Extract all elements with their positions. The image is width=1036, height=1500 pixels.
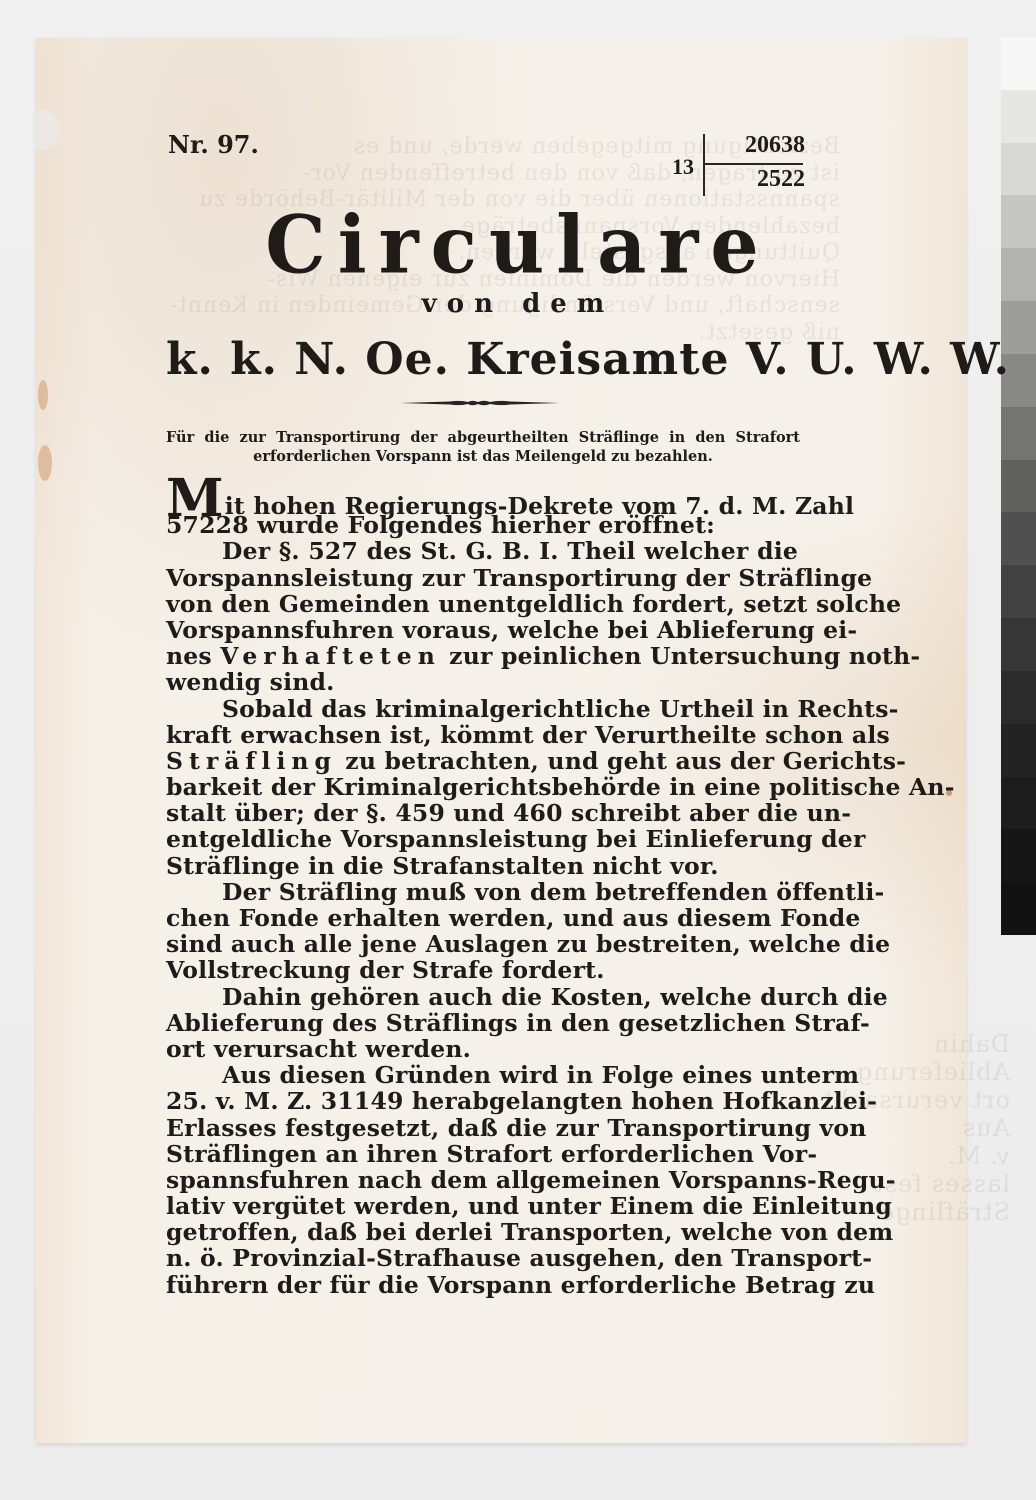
grayscale-step (1001, 90, 1036, 143)
body-line: 57228 wurde Folgendes hierher eröffnet: (166, 512, 798, 538)
body-line: ort verursacht werden. (166, 1036, 798, 1062)
body-line: lativ vergütet werden, und unter Einem d… (166, 1193, 798, 1219)
body-line: spannsfuhren nach dem allgemeinen Vorspa… (166, 1167, 798, 1193)
grayscale-step (1001, 671, 1036, 724)
document-subtitle: von dem (0, 289, 1036, 319)
grayscale-step (1001, 565, 1036, 618)
body-line: Ablieferung des Sträflings in den gesetz… (166, 1010, 798, 1036)
body-text-segment: 25. v. M. Z. 31149 herabgelangten hohen … (166, 1087, 877, 1115)
body-text-segment: zu betrachten, und geht aus der Gerichts… (337, 747, 906, 775)
grayscale-step (1001, 618, 1036, 671)
edge-stain (38, 380, 48, 410)
body-text-segment: Aus diesen Gründen wird in Folge eines u… (222, 1061, 859, 1089)
body-text-segment: Erlasses festgesetzt, daß die zur Transp… (166, 1114, 867, 1142)
reference-volume: 13 (672, 154, 694, 180)
body-line: Dahin gehören auch die Kosten, welche du… (166, 984, 798, 1010)
body-text-segment: Sträflingen an ihren Strafort erforderli… (166, 1140, 817, 1168)
body-text-segment: Vorspannsleistung zur Transportirung der… (166, 564, 872, 592)
body-text-segment: entgeldliche Vorspannsleistung bei Einli… (166, 825, 866, 853)
body-line: barkeit der Kriminalgerichtsbehörde in e… (166, 774, 798, 800)
subject-line: Für die zur Transportirung der abgeurthe… (166, 428, 800, 447)
grayscale-step (1001, 407, 1036, 460)
body-text-segment: Vollstreckung der Strafe fordert. (166, 956, 605, 984)
body-text-segment: kraft erwachsen ist, kömmt der Verurthei… (166, 721, 890, 749)
body-text-segment: Sobald das kriminalgerichtliche Urtheil … (222, 695, 899, 723)
body-line: Erlasses festgesetzt, daß die zur Transp… (166, 1115, 798, 1141)
issuing-office: k. k. N. Oe. Kreisamte V. U. W. W. (166, 334, 796, 385)
grayscale-step (1001, 882, 1036, 935)
reference-number: 13 20638 2522 (670, 132, 810, 194)
body-line: Vollstreckung der Strafe fordert. (166, 957, 798, 983)
body-text-segment: spannsfuhren nach dem allgemeinen Vorspa… (166, 1166, 896, 1194)
body-line: Vorspannsfuhren voraus, welche bei Ablie… (166, 617, 798, 643)
body-text-segment: Sträflinge in die Strafanstalten nicht v… (166, 852, 719, 880)
body-line: Sträfling zu betrachten, und geht aus de… (166, 748, 798, 774)
reference-denominator: 2522 (757, 166, 805, 193)
body-text-segment: n. ö. Provinzial-Strafhause ausgehen, de… (166, 1244, 872, 1272)
body-line: Sträflingen an ihren Strafort erforderli… (166, 1141, 798, 1167)
subject-line: erforderlichen Vorspann ist das Meilenge… (166, 447, 800, 466)
reference-divider-vertical (703, 134, 705, 196)
grayscale-step (1001, 143, 1036, 196)
subject-heading: Für die zur Transportirung der abgeurthe… (166, 428, 800, 466)
body-text-segment: zur peinlichen Untersuchung noth- (441, 642, 921, 670)
grayscale-step (1001, 724, 1036, 777)
body-text-segment: stalt über; der §. 459 und 460 schreibt … (166, 799, 851, 827)
body-line: Der Sträfling muß von dem betreffenden ö… (166, 879, 798, 905)
body-text-segment: nes (166, 642, 220, 670)
reference-numerator: 20638 (745, 132, 805, 159)
emphasized-term: Sträfling (166, 747, 337, 775)
emphasized-term: Verhafteten (220, 642, 441, 670)
body-line: Der §. 527 des St. G. B. I. Theil welche… (166, 538, 798, 564)
body-line: n. ö. Provinzial-Strafhause ausgehen, de… (166, 1245, 798, 1271)
body-text-segment: Vorspannsfuhren voraus, welche bei Ablie… (166, 616, 857, 644)
body-line: Mit hohen Regierungs-Dekrete vom 7. d. M… (166, 486, 798, 512)
body-text-segment: getroffen, daß bei derlei Transporten, w… (166, 1218, 893, 1246)
body-line: von den Gemeinden unentgeldlich fordert,… (166, 591, 798, 617)
body-line: nes Verhafteten zur peinlichen Untersuch… (166, 643, 798, 669)
body-text-segment: sind auch alle jene Auslagen zu bestreit… (166, 930, 890, 958)
body-line: Sträflinge in die Strafanstalten nicht v… (166, 853, 798, 879)
body-text-segment: von den Gemeinden unentgeldlich fordert,… (166, 590, 901, 618)
body-line: getroffen, daß bei derlei Transporten, w… (166, 1219, 798, 1245)
body-text-segment: lativ vergütet werden, und unter Einem d… (166, 1192, 892, 1220)
reference-fraction-bar (705, 163, 803, 165)
body-text-segment: chen Fonde erhalten werden, und aus dies… (166, 904, 861, 932)
body-text-segment: Der §. 527 des St. G. B. I. Theil welche… (222, 537, 798, 565)
body-line: entgeldliche Vorspannsleistung bei Einli… (166, 826, 798, 852)
document-title: Circulare (0, 198, 1036, 291)
body-line: Vorspannsleistung zur Transportirung der… (166, 565, 798, 591)
body-line: Sobald das kriminalgerichtliche Urtheil … (166, 696, 798, 722)
body-text-segment: ort verursacht werden. (166, 1035, 471, 1063)
body-line: stalt über; der §. 459 und 460 schreibt … (166, 800, 798, 826)
body-line: chen Fonde erhalten werden, und aus dies… (166, 905, 798, 931)
ornament-divider (400, 396, 560, 410)
body-line: Aus diesen Gründen wird in Folge eines u… (166, 1062, 798, 1088)
grayscale-step (1001, 37, 1036, 90)
body-line: sind auch alle jene Auslagen zu bestreit… (166, 931, 798, 957)
body-text: Mit hohen Regierungs-Dekrete vom 7. d. M… (166, 486, 798, 1298)
grayscale-step (1001, 829, 1036, 882)
body-text-segment: wendig sind. (166, 668, 335, 696)
body-text-segment: führern der für die Vorspann erforderlic… (166, 1271, 875, 1299)
grayscale-calibration-strip (1001, 37, 1036, 935)
grayscale-step (1001, 460, 1036, 513)
body-line: kraft erwachsen ist, kömmt der Verurthei… (166, 722, 798, 748)
body-line: wendig sind. (166, 669, 798, 695)
grayscale-step (1001, 777, 1036, 830)
grayscale-step (1001, 512, 1036, 565)
body-text-segment: Dahin gehören auch die Kosten, welche du… (222, 983, 888, 1011)
body-text-segment: Ablieferung des Sträflings in den gesetz… (166, 1009, 870, 1037)
body-text-segment: Der Sträfling muß von dem betreffenden ö… (222, 878, 884, 906)
body-line: 25. v. M. Z. 31149 herabgelangten hohen … (166, 1088, 798, 1114)
body-line: führern der für die Vorspann erforderlic… (166, 1272, 798, 1298)
circular-number: Nr. 97. (168, 130, 259, 159)
body-text-segment: 57228 wurde Folgendes hierher eröffnet: (166, 511, 715, 539)
edge-stain (38, 445, 52, 481)
body-text-segment: barkeit der Kriminalgerichtsbehörde in e… (166, 773, 955, 801)
